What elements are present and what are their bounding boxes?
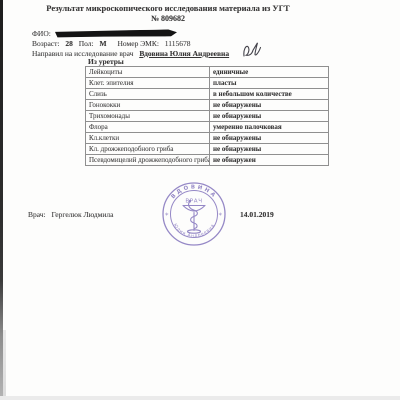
examining-doctor-line: Врач: Гергелюк Людмила <box>28 210 114 219</box>
sex-value: М <box>100 39 107 48</box>
referral-doctor-name: Вдовина Юлия Андреевна <box>139 49 229 58</box>
result-value: не обнаружен <box>210 155 329 166</box>
result-label: Кл. дрожжеподобного гриба <box>86 144 210 155</box>
result-label: Слизь <box>86 89 210 100</box>
table-row: Флораумеренно палочковая <box>86 122 329 133</box>
sex-label: Пол: <box>79 39 94 48</box>
age-value: 28 <box>65 39 73 48</box>
result-label: Кл.клетки <box>86 133 210 144</box>
result-value: единичные <box>210 67 329 78</box>
results-table: Лейкоцитыединичные Клет. эпителияпласты … <box>85 66 329 166</box>
result-label: Флора <box>86 122 210 133</box>
redaction-bar <box>55 29 177 37</box>
handwritten-signature-mark <box>241 41 267 61</box>
patient-fio-line: ФИО: <box>32 29 177 38</box>
table-row: Гонококкине обнаружены <box>86 100 329 111</box>
table-row: Клет. эпителияпласты <box>86 78 329 89</box>
result-value: умеренно палочковая <box>210 122 329 133</box>
table-row: Слизьв небольшом количестве <box>86 89 329 100</box>
doctor-round-stamp: ВДОВИНА Юлия Андреевна * * ВРАЧ <box>159 179 229 249</box>
result-label: Гонококки <box>86 100 210 111</box>
table-row: Псевдомицелий дрожжеподобного грибане об… <box>86 155 329 166</box>
result-label: Клет. эпителия <box>86 78 210 89</box>
result-label: Лейкоциты <box>86 67 210 78</box>
table-row: Лейкоцитыединичные <box>86 67 329 78</box>
doctor-label: Врач: <box>28 210 46 219</box>
stamp-center-text: ВРАЧ <box>185 199 202 205</box>
result-value: не обнаружены <box>210 144 329 155</box>
referral-line: Направил на исследование врач Вдовина Юл… <box>32 49 229 58</box>
emk-value: 1115678 <box>165 39 191 48</box>
table-row: Трихомонадыне обнаружены <box>86 111 329 122</box>
scanned-lab-report: Результат микроскопического исследования… <box>0 0 400 400</box>
result-value: не обнаружены <box>210 133 329 144</box>
patient-info-line: Возраст: 28 Пол: М Номер ЭМК: 1115678 <box>32 39 191 48</box>
scan-edge-left-lower <box>3 330 6 400</box>
report-date: 14.01.2019 <box>240 210 274 219</box>
result-value: в небольшом количестве <box>210 89 329 100</box>
fio-label: ФИО: <box>32 29 51 38</box>
result-value: пласты <box>210 78 329 89</box>
table-row: Кл. дрожжеподобного грибане обнаружены <box>86 144 329 155</box>
result-label: Псевдомицелий дрожжеподобного гриба <box>86 155 210 166</box>
result-value: не обнаружены <box>210 111 329 122</box>
document-title: Результат микроскопического исследования… <box>0 3 336 13</box>
scan-edge-bottom <box>0 396 400 400</box>
bowl-of-hygieia-icon <box>183 200 205 233</box>
document-number: № 809682 <box>0 14 336 23</box>
result-label: Трихомонады <box>86 111 210 122</box>
doctor-name: Гергелюк Людмила <box>52 210 114 219</box>
stamp-right-star: * <box>219 212 223 220</box>
specimen-heading: Из уретры <box>88 57 124 66</box>
table-row: Кл.клеткине обнаружены <box>86 133 329 144</box>
age-label: Возраст: <box>32 39 59 48</box>
stamp-left-star: * <box>165 212 169 220</box>
emk-label: Номер ЭМК: <box>117 39 158 48</box>
result-value: не обнаружены <box>210 100 329 111</box>
